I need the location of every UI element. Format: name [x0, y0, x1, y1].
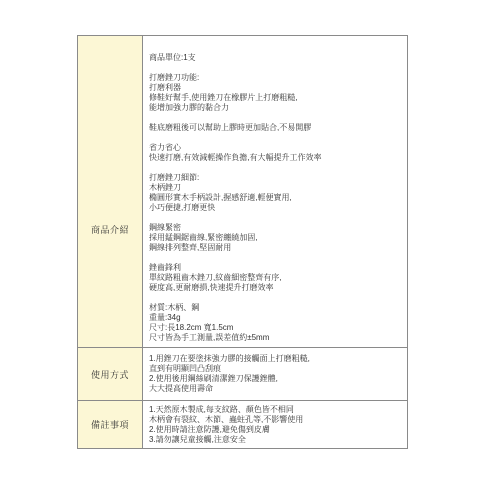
row-header-usage: 使用方式 [78, 348, 143, 401]
row-header-label-product-intro: 商品介紹 [91, 225, 129, 235]
row-content-notes: 1.天然原木製成,每支紋路、顏色皆不相同木柄會有裂紋、木節、蟲蛀孔等,不影響使用… [143, 401, 408, 449]
product-page: 商品介紹 商品單位:1支打磨銼刀功能:打磨利器修鞋好幫手,使用銼刀在橡膠片上打磨… [0, 0, 480, 480]
notes-text: 1.天然原木製成,每支紋路、顏色皆不相同木柄會有裂紋、木節、蟲蛀孔等,不影響使用… [149, 405, 403, 445]
product-spec-table: 商品介紹 商品單位:1支打磨銼刀功能:打磨利器修鞋好幫手,使用銼刀在橡膠片上打磨… [77, 35, 408, 449]
product-intro-text: 商品單位:1支打磨銼刀功能:打磨利器修鞋好幫手,使用銼刀在橡膠片上打磨粗糙,能增… [149, 53, 403, 343]
row-header-notes: 備註事項 [78, 401, 143, 449]
table-row-notes: 備註事項 1.天然原木製成,每支紋路、顏色皆不相同木柄會有裂紋、木節、蟲蛀孔等,… [78, 401, 408, 449]
row-content-product-intro: 商品單位:1支打磨銼刀功能:打磨利器修鞋好幫手,使用銼刀在橡膠片上打磨粗糙,能增… [143, 36, 408, 348]
row-content-usage: 1.用銼刀在要塗抹強力膠的接觸面上打磨粗糙,直到有明顯凹凸刮痕2.使用後用鋼絲刷… [143, 348, 408, 401]
row-header-label-usage: 使用方式 [91, 370, 129, 380]
table-row-usage: 使用方式 1.用銼刀在要塗抹強力膠的接觸面上打磨粗糙,直到有明顯凹凸刮痕2.使用… [78, 348, 408, 401]
row-header-label-notes: 備註事項 [91, 420, 129, 430]
usage-text: 1.用銼刀在要塗抹強力膠的接觸面上打磨粗糙,直到有明顯凹凸刮痕2.使用後用鋼絲刷… [149, 354, 403, 394]
table-row-product-intro: 商品介紹 商品單位:1支打磨銼刀功能:打磨利器修鞋好幫手,使用銼刀在橡膠片上打磨… [78, 36, 408, 348]
row-header-product-intro: 商品介紹 [78, 36, 143, 348]
